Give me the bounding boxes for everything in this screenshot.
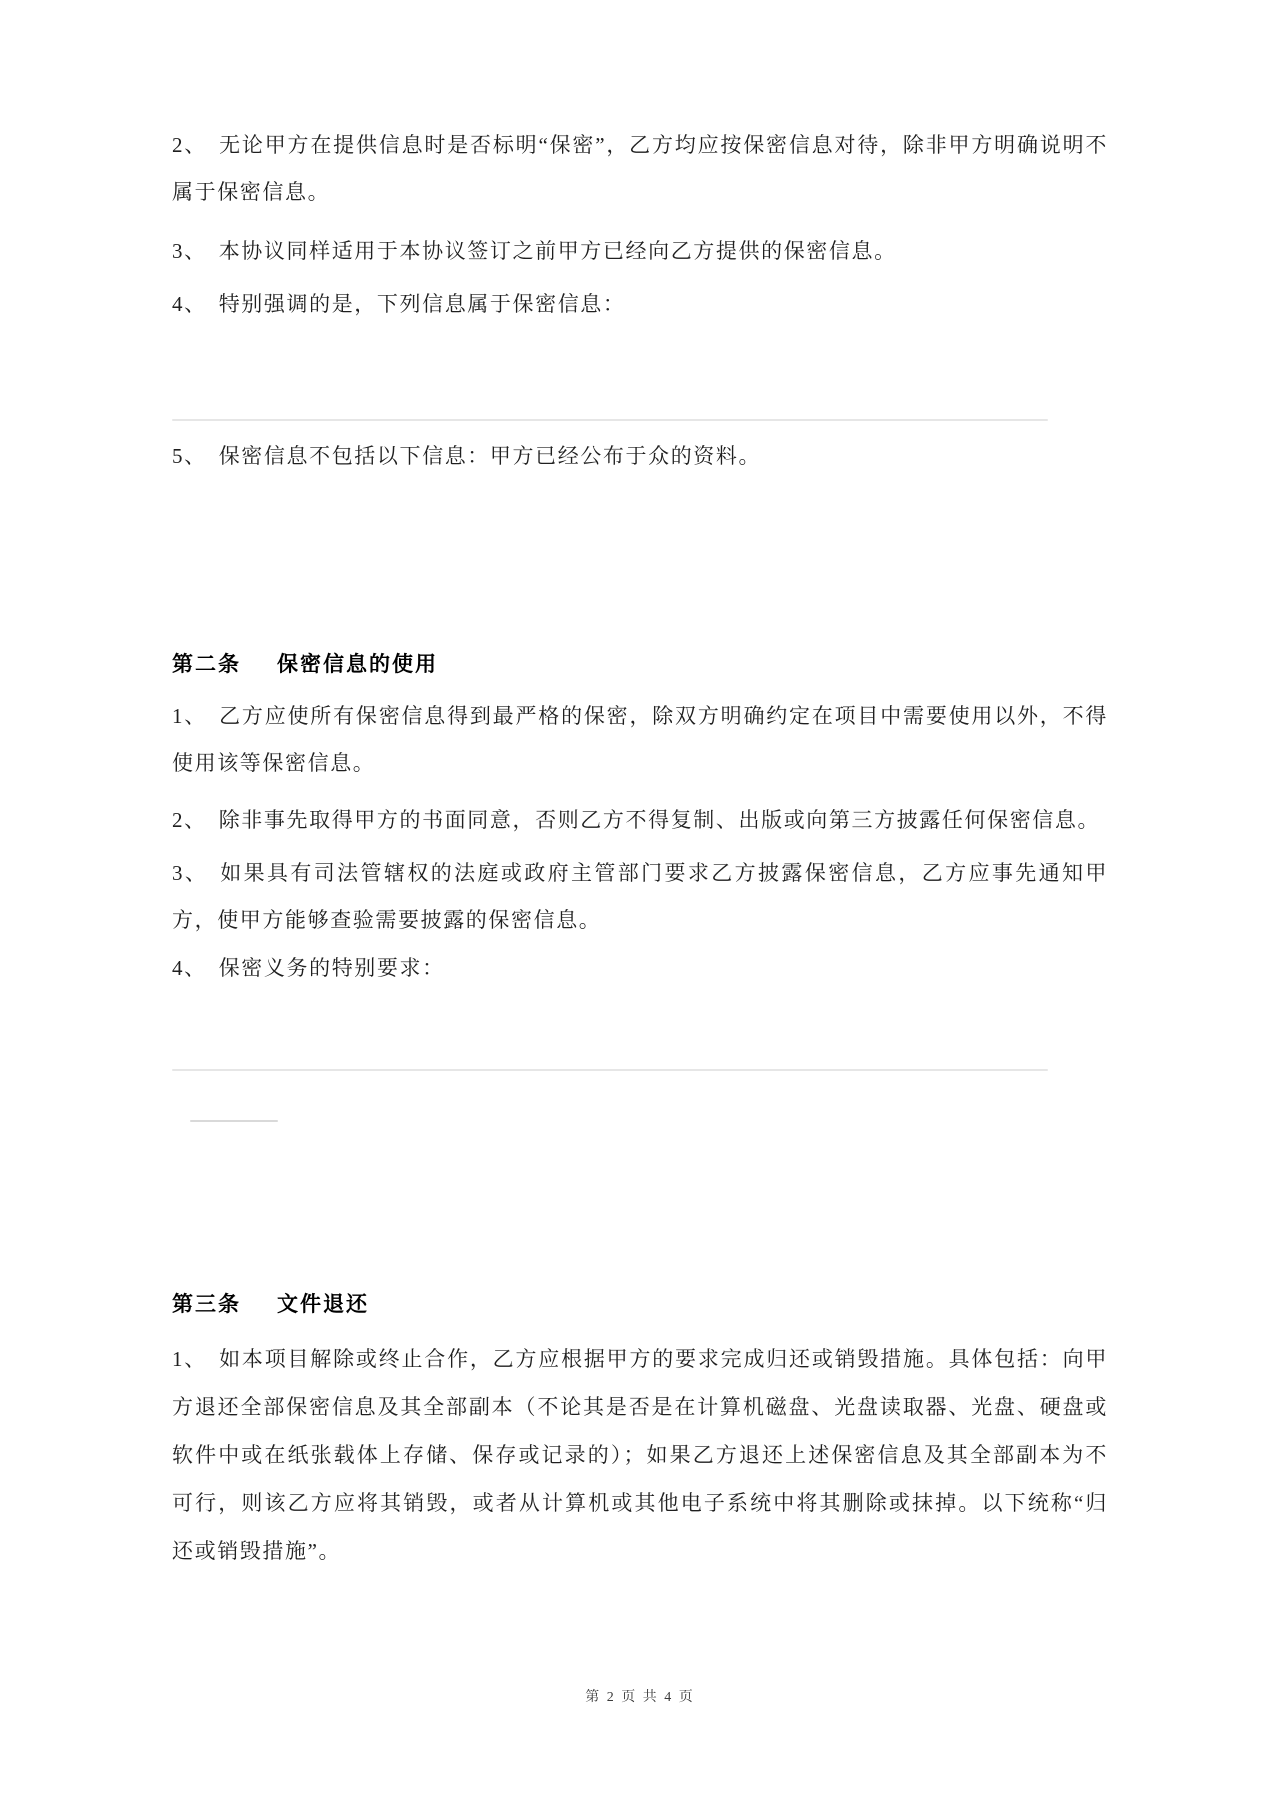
clause2-item-1: 1、乙方应使所有保密信息得到最严格的保密，除双方明确约定在项目中需要使用以外，不… [172, 693, 1108, 787]
item-text: 无论甲方在提供信息时是否标明“保密”，乙方均应按保密信息对待，除非甲方明确说明不… [172, 133, 1108, 204]
item-text: 如果具有司法管辖权的法庭或政府主管部门要求乙方披露保密信息，乙方应事先通知甲方，… [172, 861, 1108, 932]
contract-document-page: 2、无论甲方在提供信息时是否标明“保密”，乙方均应按保密信息对待，除非甲方明确说… [0, 0, 1280, 1810]
clause2-heading: 第二条保密信息的使用 [172, 650, 438, 678]
item-number: 1、 [172, 1347, 207, 1371]
item-number: 2、 [172, 133, 207, 157]
blank-underline-short [190, 1120, 278, 1122]
item-number: 3、 [172, 861, 208, 885]
clause2-item-2: 2、除非事先取得甲方的书面同意，否则乙方不得复制、出版或向第三方披露任何保密信息… [172, 797, 1108, 844]
item-number: 4、 [172, 956, 207, 980]
blank-underline-2 [172, 1069, 1048, 1071]
clause2-item-4: 4、保密义务的特别要求： [172, 945, 1108, 992]
item-text: 如本项目解除或终止合作，乙方应根据甲方的要求完成归还或销毁措施。具体包括：向甲方… [172, 1347, 1108, 1563]
heading-title: 文件退还 [277, 1292, 369, 1316]
item-number: 1、 [172, 704, 207, 728]
heading-number: 第二条 [172, 652, 241, 676]
item-text: 本协议同样适用于本协议签订之前甲方已经向乙方提供的保密信息。 [219, 239, 897, 263]
item-text: 除非事先取得甲方的书面同意，否则乙方不得复制、出版或向第三方披露任何保密信息。 [219, 808, 1100, 832]
heading-title: 保密信息的使用 [277, 652, 438, 676]
item-number: 2、 [172, 808, 207, 832]
item-text: 乙方应使所有保密信息得到最严格的保密，除双方明确约定在项目中需要使用以外，不得使… [172, 704, 1108, 775]
item-text: 特别强调的是，下列信息属于保密信息： [219, 292, 626, 316]
clause2-item-3: 3、如果具有司法管辖权的法庭或政府主管部门要求乙方披露保密信息，乙方应事先通知甲… [172, 850, 1108, 944]
item-number: 3、 [172, 239, 207, 263]
clause3-heading: 第三条文件退还 [172, 1290, 369, 1318]
item-text: 保密义务的特别要求： [219, 956, 445, 980]
clause3-item-1: 1、如本项目解除或终止合作，乙方应根据甲方的要求完成归还或销毁措施。具体包括：向… [172, 1335, 1108, 1575]
clause1-item-4: 4、特别强调的是，下列信息属于保密信息： [172, 281, 1108, 328]
page-footer: 第 2 页 共 4 页 [0, 1688, 1280, 1708]
clause1-item-5: 5、保密信息不包括以下信息：甲方已经公布于众的资料。 [172, 433, 1108, 480]
blank-underline-1 [172, 419, 1048, 421]
item-text: 保密信息不包括以下信息：甲方已经公布于众的资料。 [219, 444, 761, 468]
clause1-item-2: 2、无论甲方在提供信息时是否标明“保密”，乙方均应按保密信息对待，除非甲方明确说… [172, 122, 1108, 216]
clause1-item-3: 3、本协议同样适用于本协议签订之前甲方已经向乙方提供的保密信息。 [172, 228, 1108, 275]
heading-number: 第三条 [172, 1292, 241, 1316]
item-number: 4、 [172, 292, 207, 316]
item-number: 5、 [172, 444, 207, 468]
